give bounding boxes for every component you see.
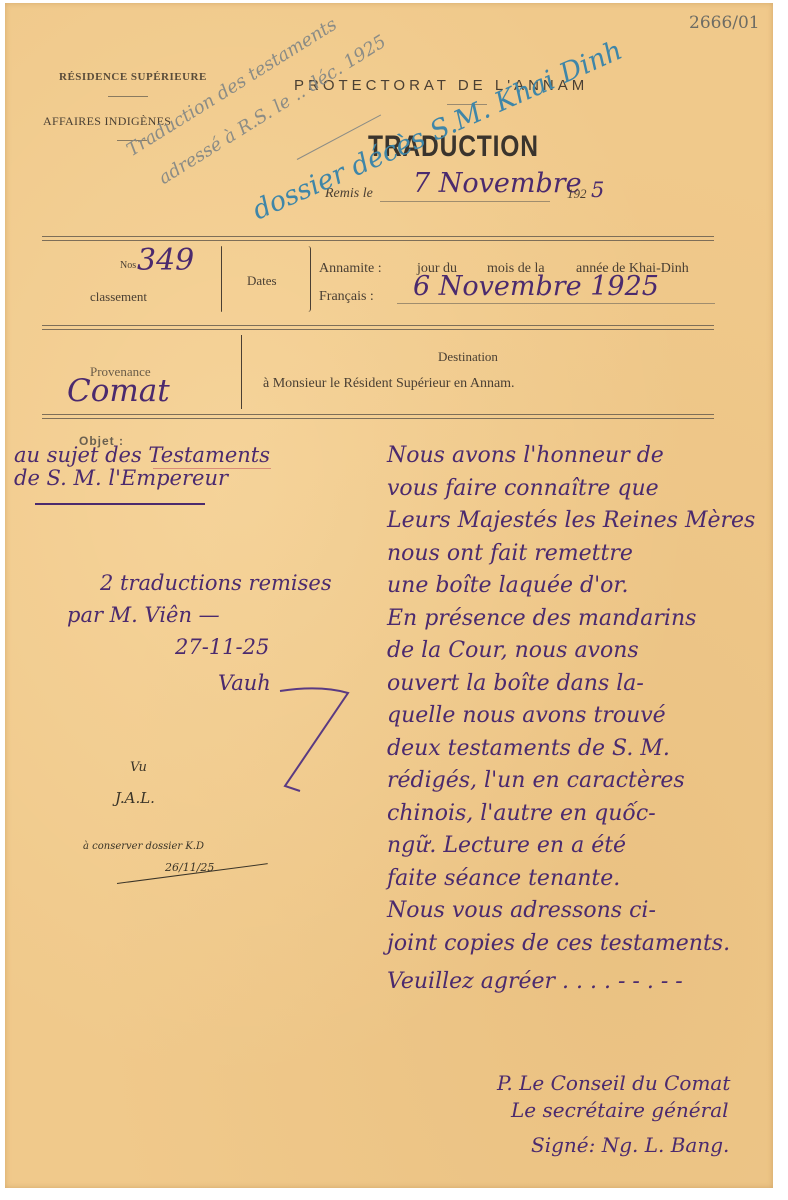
filing-note: à conserver dossier K.D: [83, 841, 204, 852]
paraph-stroke: [270, 683, 360, 798]
vu-initials: J.A.L.: [115, 789, 155, 807]
signature-line3: Signé: Ng. L. Bang.: [497, 1132, 730, 1159]
annamite-label: Annamite :: [319, 261, 382, 277]
body-line: ngữ. Lecture en a été: [387, 830, 772, 863]
body-line: rédigés, l'un en caractères: [387, 765, 772, 798]
body-line: quelle nous avons trouvé: [387, 700, 772, 733]
provenance-value: Comat: [67, 373, 170, 409]
margin-note-date: 27-11-25: [175, 635, 269, 659]
number-label: Nos: [120, 260, 136, 271]
signature-line2: Le secrétaire général: [497, 1097, 730, 1124]
office-heading: RÉSIDENCE SUPÉRIEURE: [59, 71, 207, 83]
remis-line: [380, 201, 550, 202]
body-line: Leurs Majestés les Reines Mères: [387, 505, 772, 538]
routing-divider: [241, 335, 242, 409]
dates-label: Dates: [247, 273, 277, 289]
body-line: deux testaments de S. M.: [387, 733, 772, 766]
destination-label: Destination: [438, 349, 498, 365]
body-line: Nous vous adressons ci-: [387, 895, 772, 928]
remis-date: 7 Novembre: [413, 168, 582, 199]
archive-number: 2666/01: [689, 13, 760, 33]
brace-right: [308, 246, 311, 312]
classement-label: classement: [90, 289, 147, 305]
body-line: joint copies de ces testaments.: [387, 928, 772, 961]
body-line: Veuillez agréer . . . . - - . - -: [387, 966, 772, 999]
remis-year-prefix: 192: [567, 186, 587, 202]
letter-body: Nous avons l'honneur de vous faire conna…: [387, 440, 772, 999]
section-rule: [42, 236, 714, 241]
body-line: En présence des mandarins: [387, 603, 772, 636]
objet-line1: au sujet des Testaments: [14, 443, 270, 467]
objet-underline: [35, 503, 205, 505]
brace-left: [221, 246, 222, 312]
section-rule: [42, 414, 714, 419]
section-rule: [42, 325, 714, 330]
francais-line: [397, 303, 715, 304]
objet-line2: de S. M. l'Empereur: [14, 466, 228, 490]
body-line: faite séance tenante.: [387, 863, 772, 896]
body-line: vous faire connaître que: [387, 473, 772, 506]
margin-note-line1: 2 traductions remises: [100, 571, 332, 595]
document-page: 2666/01 RÉSIDENCE SUPÉRIEURE AFFAIRES IN…: [5, 3, 773, 1188]
divider: [108, 96, 148, 97]
body-line: ouvert la boîte dans la-: [387, 668, 772, 701]
body-line: Nous avons l'honneur de: [387, 440, 772, 473]
body-line: une boîte laquée d'or.: [387, 570, 772, 603]
margin-note-line2: par M. Viên —: [67, 603, 220, 627]
remis-year-suffix: 5: [591, 178, 604, 202]
vu-label: Vu: [130, 760, 147, 775]
signature-line1: P. Le Conseil du Comat: [497, 1070, 730, 1097]
francais-date: 6 Novembre 1925: [413, 271, 659, 302]
classement-number: 349: [137, 243, 194, 278]
body-line: chinois, l'autre en quốc-: [387, 798, 772, 831]
margin-note-initials: Vauh: [218, 671, 271, 695]
destination-value: à Monsieur le Résident Supérieur en Anna…: [263, 376, 515, 392]
francais-label: Français :: [319, 289, 374, 305]
body-line: de la Cour, nous avons: [387, 635, 772, 668]
signature-block: P. Le Conseil du Comat Le secrétaire gén…: [497, 1070, 730, 1159]
body-line: nous ont fait remettre: [387, 538, 772, 571]
